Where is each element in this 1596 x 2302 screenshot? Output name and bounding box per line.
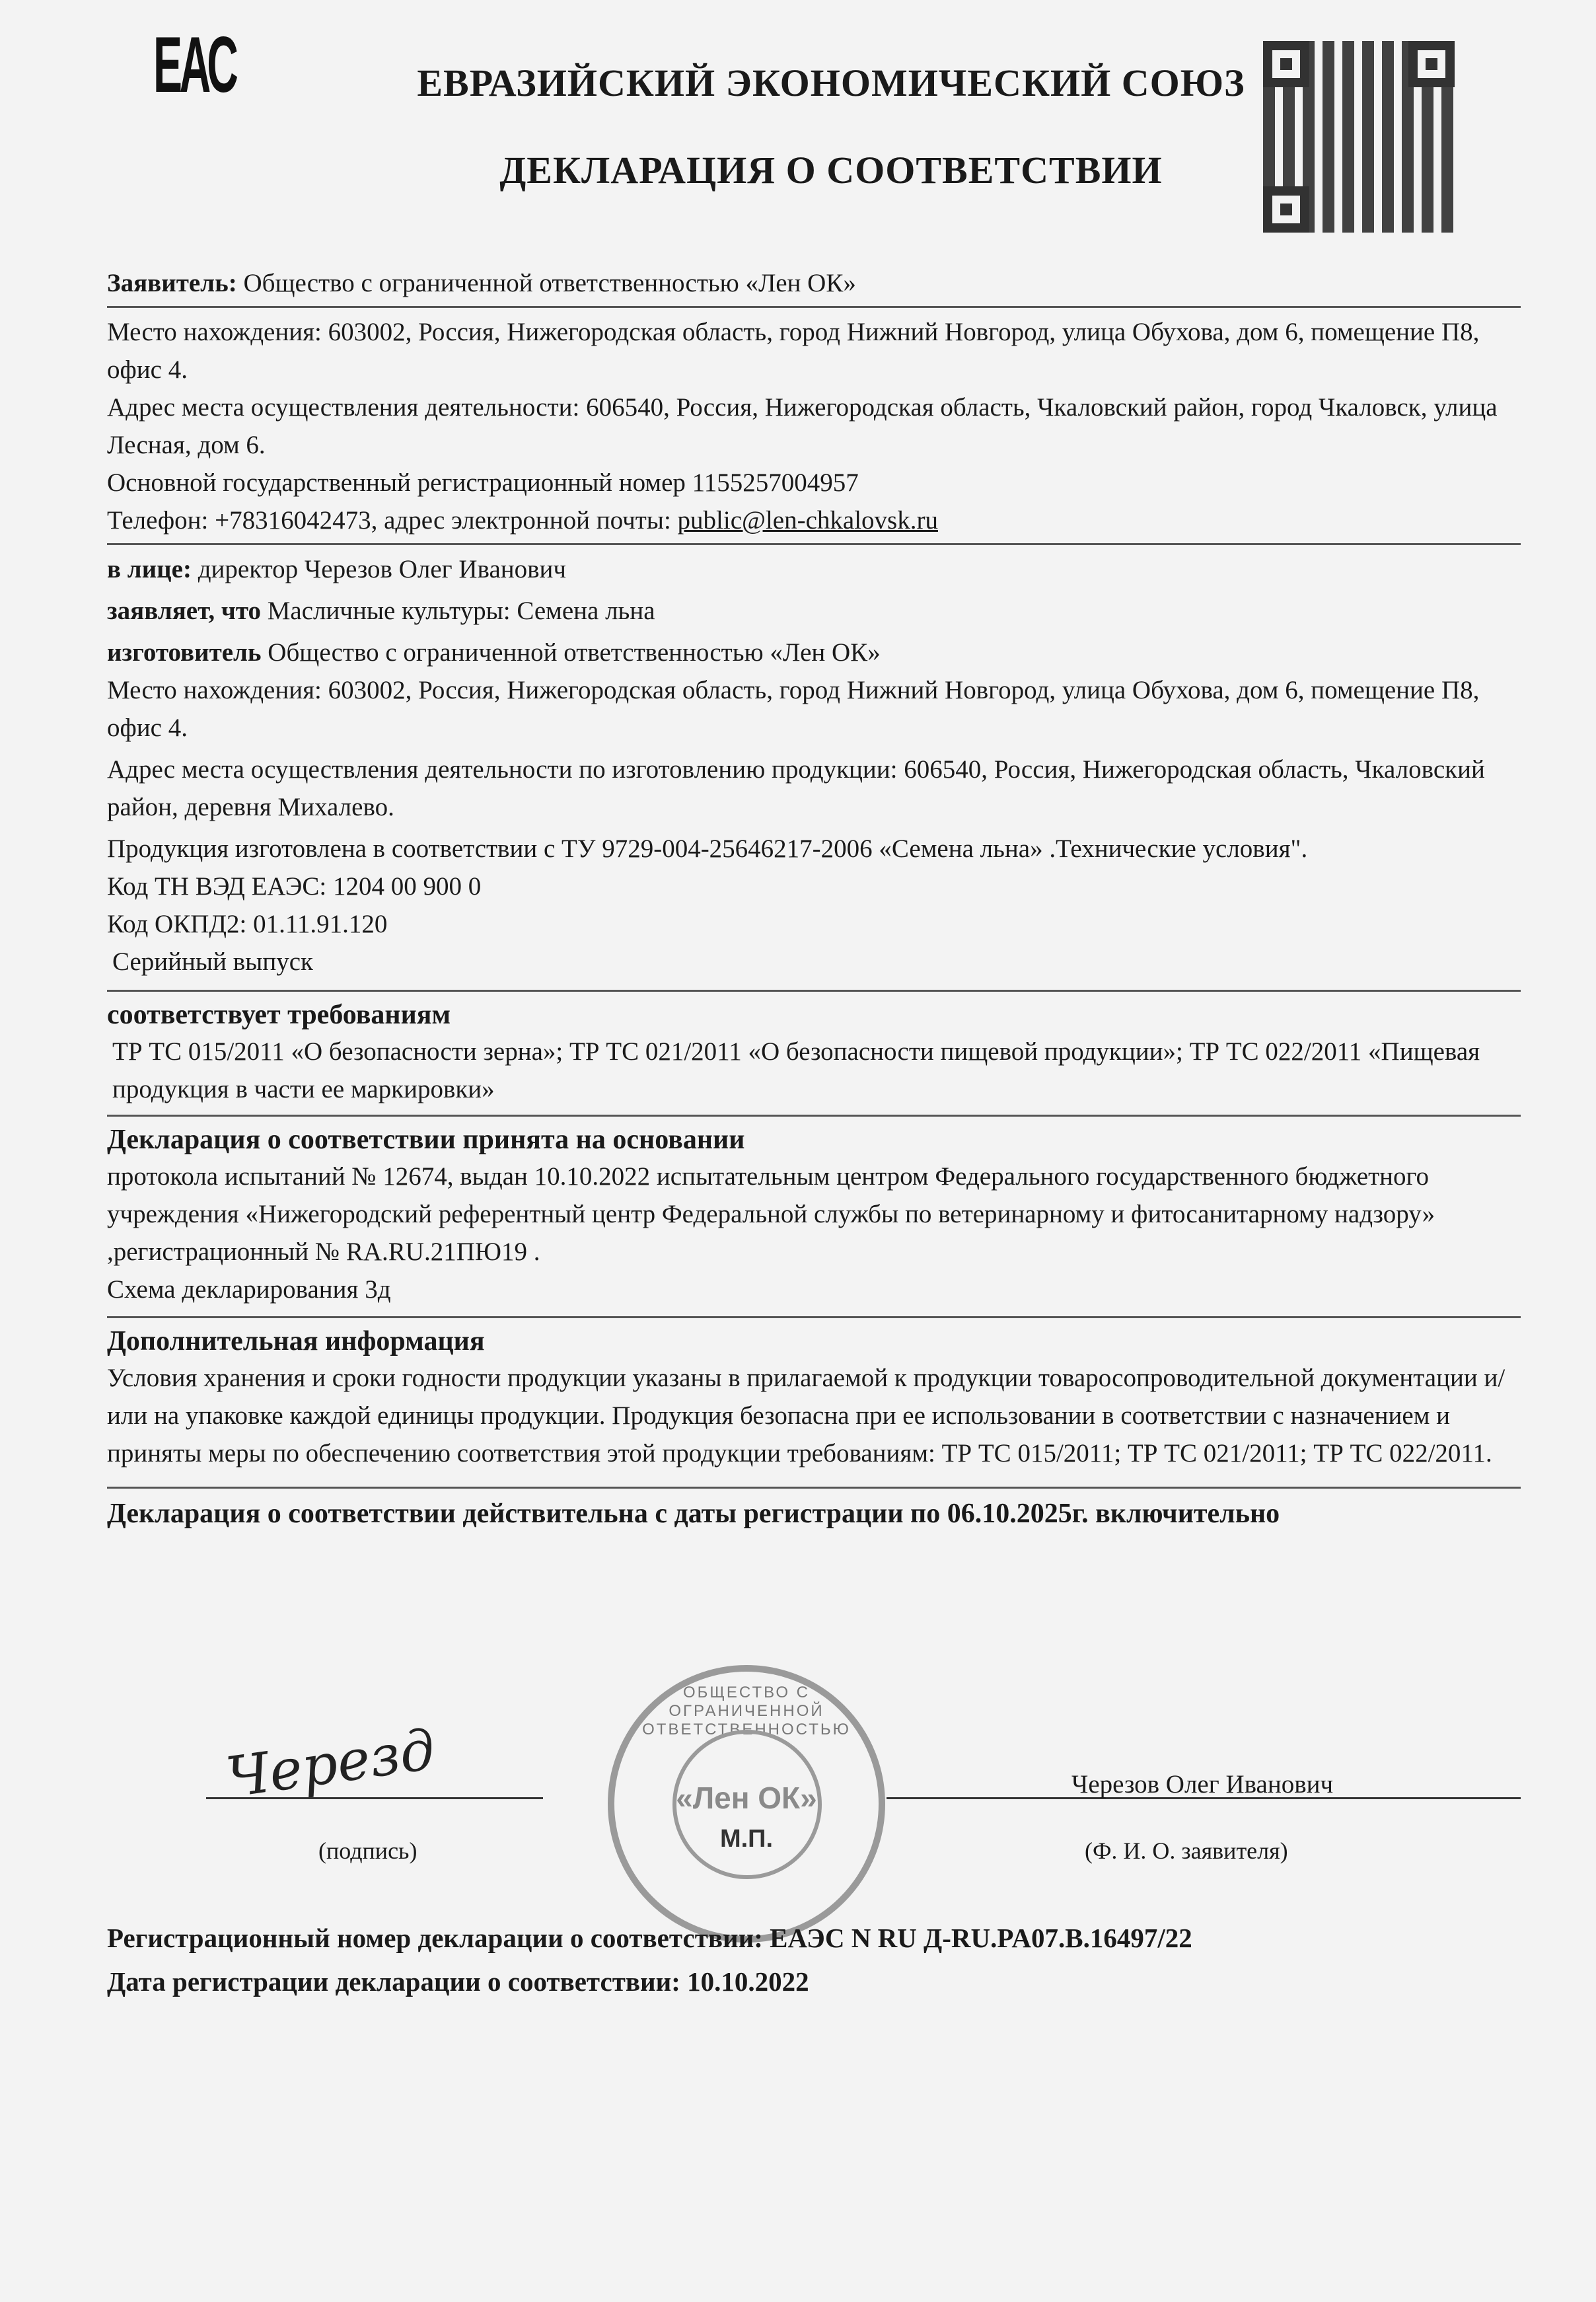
divider bbox=[107, 1316, 1521, 1318]
declares-label: заявляет, что bbox=[107, 597, 261, 625]
applicant-activity-address: Адрес места осуществления деятельности: … bbox=[107, 389, 1521, 464]
signer-name: Черезов Олег Иванович bbox=[1071, 1769, 1333, 1799]
release-type: Серийный выпуск bbox=[107, 943, 1521, 981]
divider bbox=[107, 543, 1521, 545]
email-link[interactable]: public@len-chkalovsk.ru bbox=[678, 506, 938, 535]
company-stamp-icon: ОБЩЕСТВО С ОГРАНИЧЕННОЙ ОТВЕТСТВЕННОСТЬЮ… bbox=[608, 1665, 885, 1943]
represented-label: в лице: bbox=[107, 555, 192, 583]
stamp-place-label: М.П. bbox=[614, 1825, 879, 1853]
qr-finder-icon bbox=[1263, 186, 1309, 233]
registration-number: Регистрационный номер декларации о соотв… bbox=[107, 1916, 1521, 1960]
divider bbox=[107, 306, 1521, 308]
applicant-line: Заявитель: Общество с ограниченной ответ… bbox=[107, 264, 1521, 302]
divider bbox=[107, 1115, 1521, 1117]
declares-line: заявляет, что Масличные культуры: Семена… bbox=[107, 592, 1521, 630]
applicant-label: Заявитель: bbox=[107, 269, 237, 297]
validity-statement: Декларация о соответствии действительна … bbox=[107, 1494, 1521, 1534]
registration-date: Дата регистрации декларации о соответств… bbox=[107, 1960, 1521, 2003]
qr-code-icon bbox=[1263, 41, 1455, 233]
manufacturer-label: изготовитель bbox=[107, 638, 262, 667]
signer-caption: (Ф. И. О. заявителя) bbox=[1085, 1837, 1288, 1865]
represented-value: директор Черезов Олег Иванович bbox=[198, 555, 566, 583]
additional-heading: Дополнительная информация bbox=[107, 1323, 1521, 1359]
manufacturer-value: Общество с ограниченной ответственностью… bbox=[268, 638, 880, 667]
qr-finder-icon bbox=[1408, 41, 1455, 87]
divider bbox=[107, 1487, 1521, 1489]
manufacturer-standard: Продукция изготовлена в соответствии с Т… bbox=[107, 830, 1521, 868]
applicant-location: Место нахождения: 603002, Россия, Нижего… bbox=[107, 313, 1521, 389]
requirements-text: ТР ТС 015/2011 «О безопасности зерна»; Т… bbox=[107, 1033, 1521, 1108]
applicant-ogrn: Основной государственный регистрационный… bbox=[107, 464, 1521, 501]
declares-value: Масличные культуры: Семена льна bbox=[268, 597, 655, 625]
registration-block: Регистрационный номер декларации о соотв… bbox=[107, 1916, 1521, 2003]
signature-caption: (подпись) bbox=[318, 1837, 417, 1865]
requirements-heading: соответствует требованиям bbox=[107, 997, 1521, 1033]
phone-text: Телефон: +78316042473, адрес электронной… bbox=[107, 506, 678, 535]
basis-text: протокола испытаний № 12674, выдан 10.10… bbox=[107, 1158, 1521, 1271]
applicant-value: Общество с ограниченной ответственностью… bbox=[243, 269, 855, 297]
manufacturer-line: изготовитель Общество с ограниченной отв… bbox=[107, 634, 1521, 671]
manufacturer-production-address: Адрес места осуществления деятельности п… bbox=[107, 751, 1521, 826]
additional-text: Условия хранения и сроки годности продук… bbox=[107, 1359, 1521, 1472]
stamp-company-name: «Лен ОК» bbox=[614, 1780, 879, 1816]
qr-finder-icon bbox=[1263, 41, 1309, 87]
basis-heading: Декларация о соответствии принята на осн… bbox=[107, 1122, 1521, 1158]
divider bbox=[107, 990, 1521, 992]
represented-line: в лице: директор Черезов Олег Иванович bbox=[107, 550, 1521, 588]
tn-ved-code: Код ТН ВЭД ЕАЭС: 1204 00 900 0 bbox=[107, 868, 1521, 905]
manufacturer-location: Место нахождения: 603002, Россия, Нижего… bbox=[107, 671, 1521, 747]
okpd2-code: Код ОКПД2: 01.11.91.120 bbox=[107, 905, 1521, 943]
applicant-contacts: Телефон: +78316042473, адрес электронной… bbox=[107, 501, 1521, 539]
declaration-body: Заявитель: Общество с ограниченной ответ… bbox=[107, 264, 1521, 1534]
signature-scribble: Черезд bbox=[223, 1717, 439, 1810]
signature-line bbox=[206, 1797, 543, 1799]
declaration-scheme: Схема декларирования 3д bbox=[107, 1271, 1521, 1308]
